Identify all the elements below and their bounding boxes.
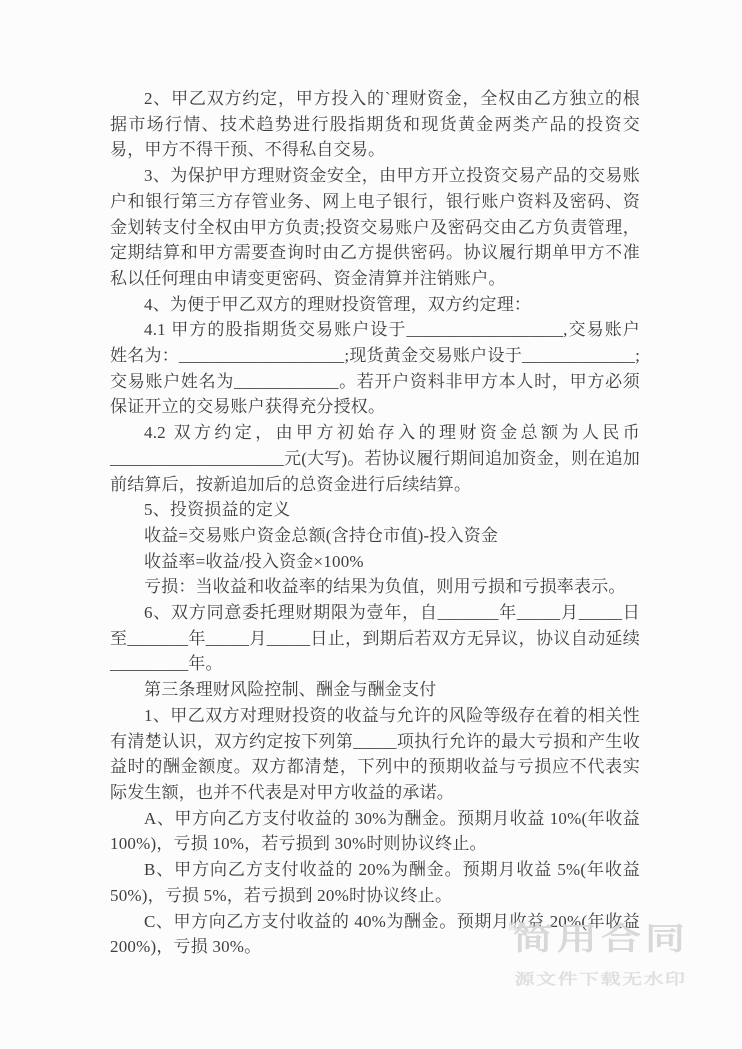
clause-3: 3、为保护甲方理财资金安全，由甲方开立投资交易产品的交易账户和银行第三方存管业务… [110, 163, 640, 292]
clause-5: 5、投资损益的定义 [110, 497, 640, 523]
formula-income: 收益=交易账户资金总额(含持仓市值)-投入资金 [110, 523, 640, 549]
definition-loss: 亏损：当收益和收益率的结果为负值，则用亏损和亏损率表示。 [110, 574, 640, 600]
clause-4: 4、为便于甲乙双方的理财投资管理，双方约定理： [110, 292, 640, 318]
watermark-tagline: 源文件下载无水印 [513, 972, 687, 987]
option-b: B、甲方向乙方支付收益的 20%为酬金。预期月收益 5%(年收益 50%)，亏损… [110, 857, 640, 908]
clause-2: 2、甲乙双方约定，甲方投入的`理财资金，全权由乙方独立的根据市场行情、技术趋势进… [110, 86, 640, 163]
section-3-heading: 第三条理财风险控制、酬金与酬金支付 [110, 677, 640, 703]
document-page: 2、甲乙双方约定，甲方投入的`理财资金，全权由乙方独立的根据市场行情、技术趋势进… [0, 0, 742, 1049]
option-c: C、甲方向乙方支付收益的 40%为酬金。预期月收益 20%(年收益 200%)，… [110, 909, 640, 960]
contract-body: 2、甲乙双方约定，甲方投入的`理财资金，全权由乙方独立的根据市场行情、技术趋势进… [110, 86, 640, 960]
option-a: A、甲方向乙方支付收益的 30%为酬金。预期月收益 10%(年收益 100%)，… [110, 806, 640, 857]
clause-4-1: 4.1 甲方的股指期货交易账户设于__________________,交易账户… [110, 317, 640, 420]
clause-4-2: 4.2 双方约定，由甲方初始存入的理财资金总额为人民币_____________… [110, 420, 640, 497]
formula-income-rate: 收益率=收益/投入资金×100% [110, 549, 640, 575]
clause-6: 6、双方同意委托理财期限为壹年，自_______年_____月_____日至__… [110, 600, 640, 677]
clause-risk-1: 1、甲乙双方对理财投资的收益与允许的风险等级存在着的相关性有清楚认识，双方约定按… [110, 703, 640, 806]
